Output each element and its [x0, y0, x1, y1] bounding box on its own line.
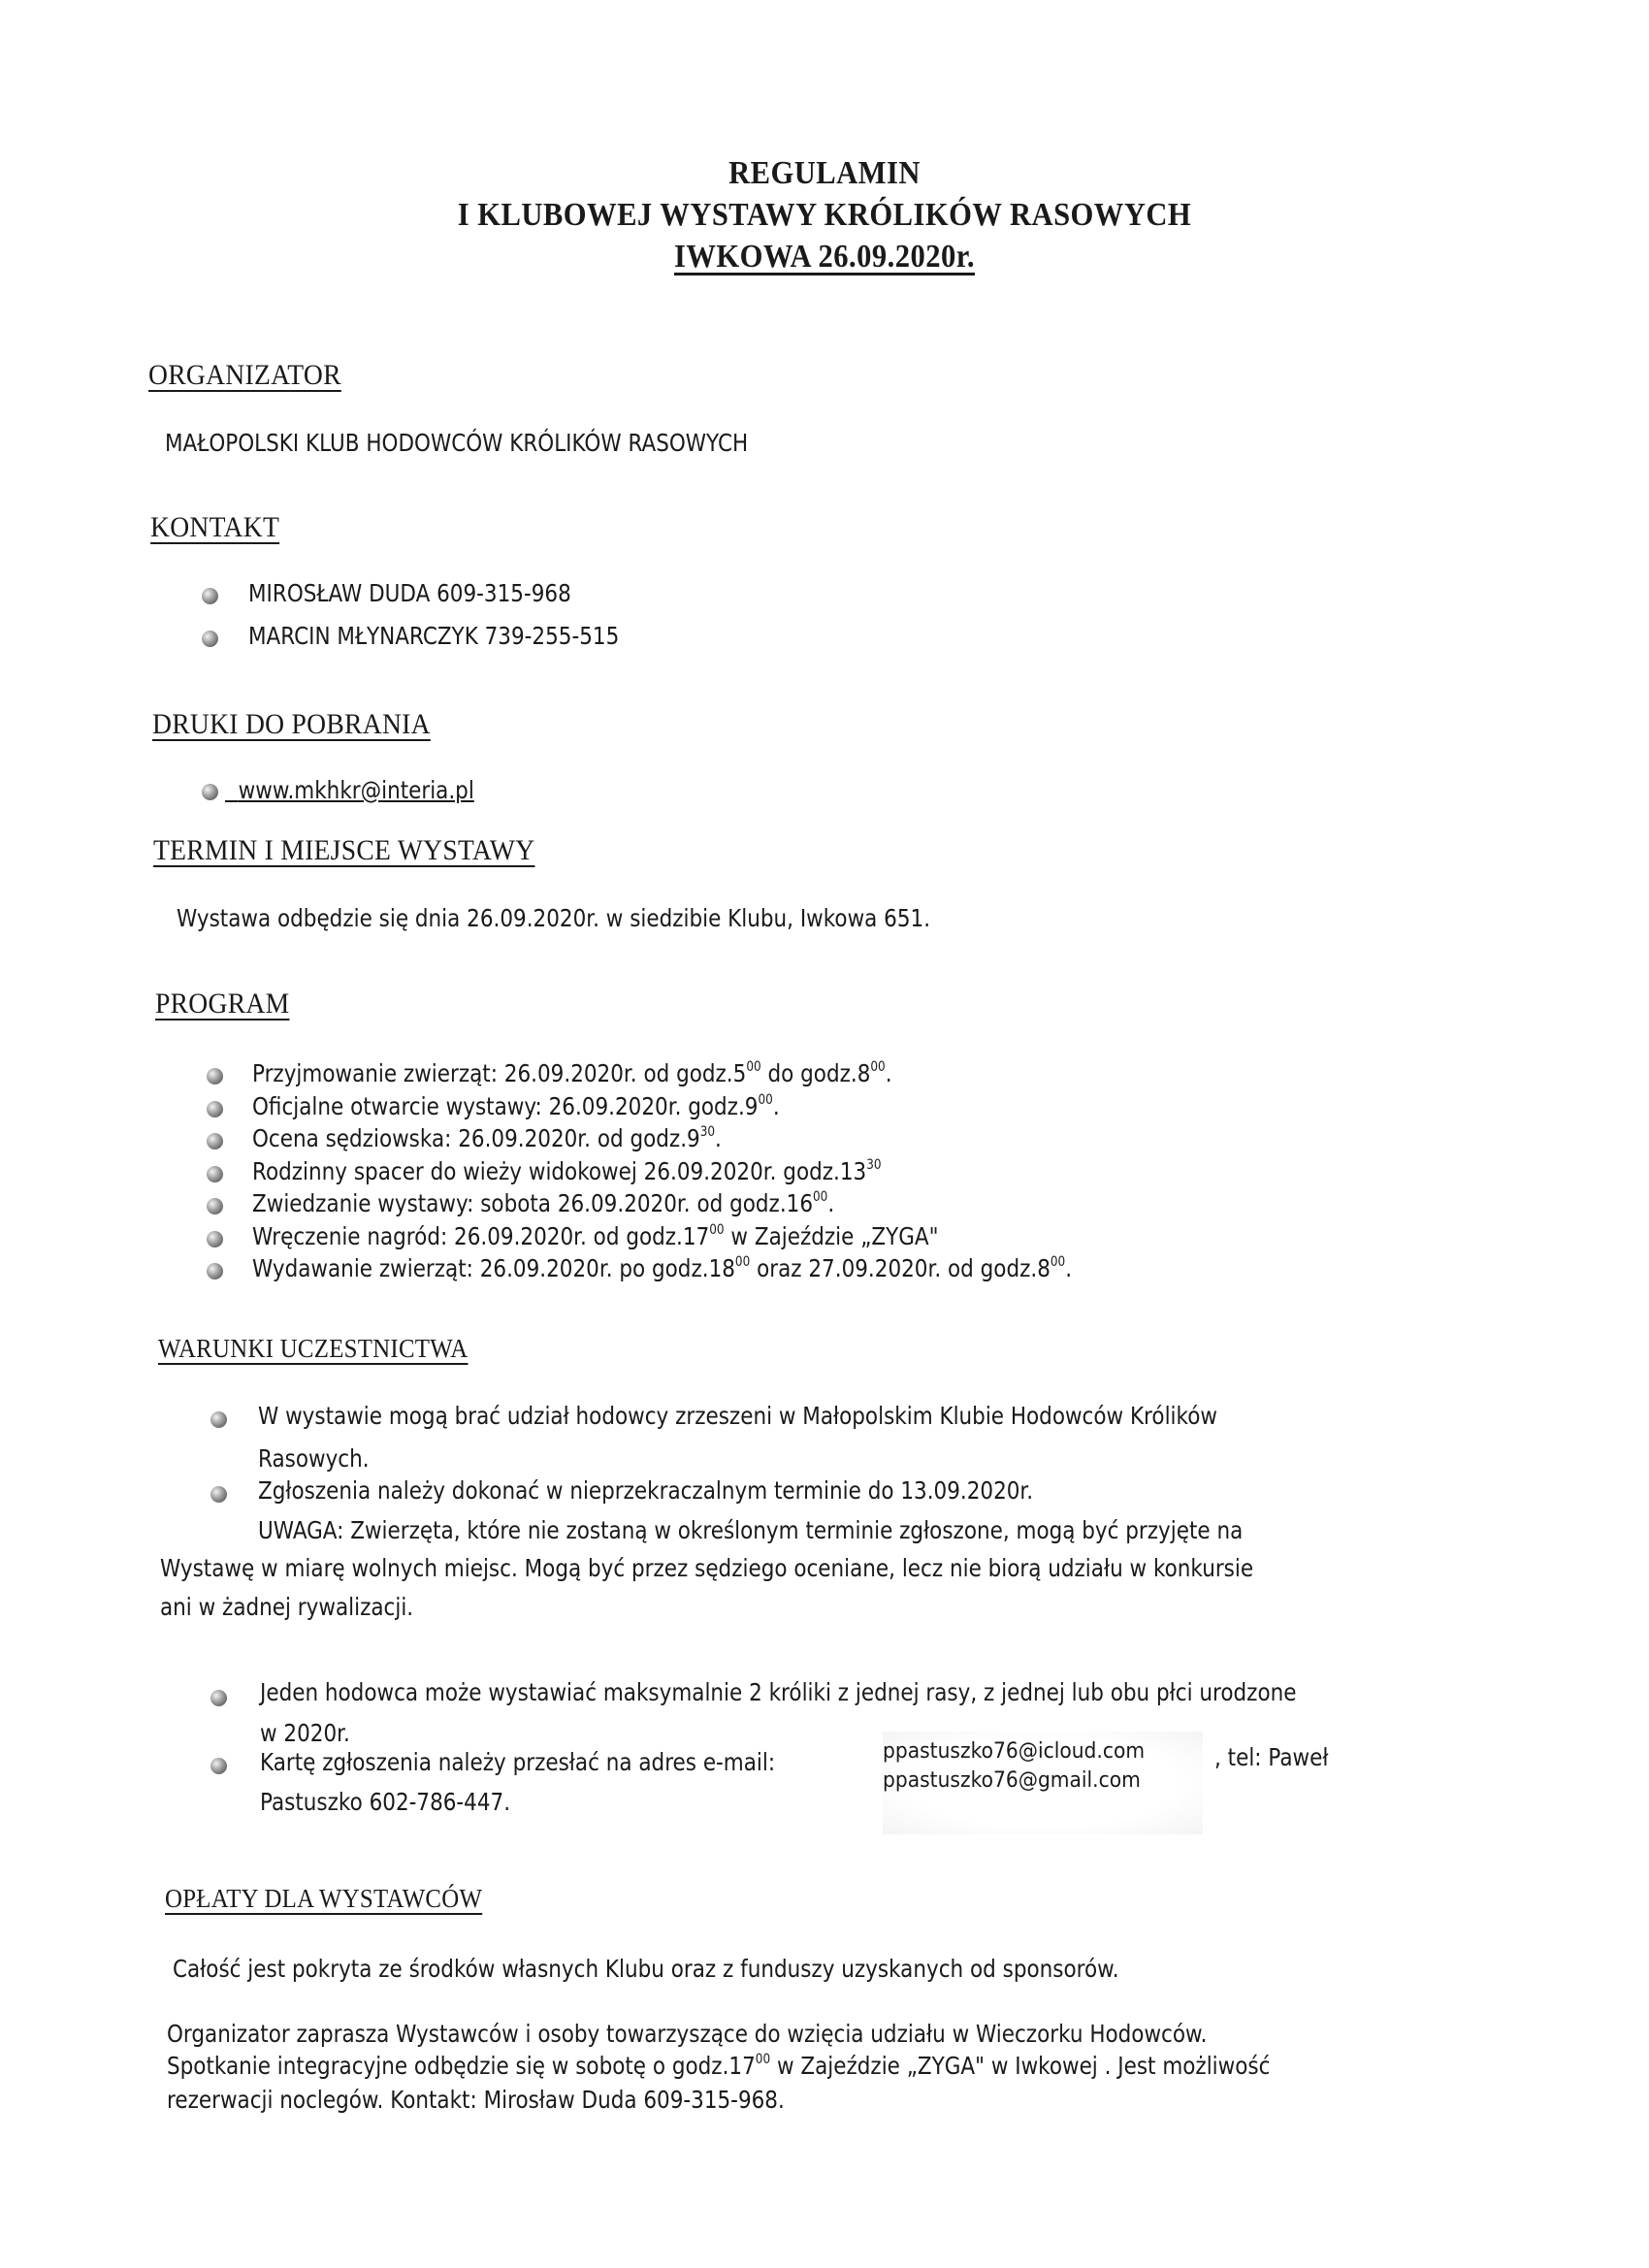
title-line-1: REGULAMIN [82, 155, 1567, 192]
bullet-icon [207, 1231, 223, 1247]
contact-item: MIROSŁAW DUDA 609-315-968 [248, 579, 571, 607]
heading-warunki: WARUNKI UCZESTNICTWA [158, 1334, 468, 1364]
title-line-2: I KLUBOWEJ WYSTAWY KRÓLIKÓW RASOWYCH [82, 197, 1567, 234]
bullet-icon [202, 784, 218, 800]
email-gmail[interactable]: ppastuszko76@gmail.com [883, 1766, 1178, 1796]
heading-program: PROGRAM [155, 988, 289, 1021]
uwaga-line-2: Wystawę w miarę wolnych miejsc. Mogą być… [160, 1554, 1253, 1582]
program-item: Ocena sędziowska: 26.09.2020r. od godz.9… [252, 1124, 722, 1152]
time-sup: 30 [700, 1124, 715, 1140]
organizer-name: MAŁOPOLSKI KLUB HODOWCÓW KRÓLIKÓW RASOWY… [165, 429, 748, 457]
program-item: Rodzinny spacer do wieży widokowej 26.09… [252, 1157, 882, 1185]
program-item: Oficjalne otwarcie wystawy: 26.09.2020r.… [252, 1092, 780, 1120]
bullet-icon [207, 1068, 223, 1085]
document-page: REGULAMIN I KLUBOWEJ WYSTAWY KRÓLIKÓW RA… [0, 0, 1649, 2268]
invitation-line-2a: Spotkanie integracyjne odbędzie się w so… [167, 2052, 756, 2080]
warunki-item-2: Zgłoszenia należy dokonać w nieprzekracz… [258, 1476, 1033, 1505]
bullet-icon [207, 1133, 223, 1150]
bullet-icon [210, 1486, 227, 1503]
invitation-line-1: Organizator zaprasza Wystawców i osoby t… [167, 2020, 1207, 2048]
warunki-item-3-line-2: w 2020r. [260, 1719, 350, 1747]
program-item: Wydawanie zwierząt: 26.09.2020r. po godz… [252, 1254, 1072, 1282]
program-item-text: Wręczenie nagród: 26.09.2020r. od godz.1… [252, 1222, 709, 1250]
heading-organizator: ORGANIZATOR [148, 359, 341, 392]
heading-termin: TERMIN I MIEJSCE WYSTAWY [153, 834, 534, 867]
oplaty-text: Całość jest pokryta ze środków własnych … [173, 1955, 1119, 1983]
time-sup: 00 [813, 1189, 827, 1205]
program-item: Przyjmowanie zwierząt: 26.09.2020r. od g… [252, 1059, 892, 1087]
termin-text: Wystawa odbędzie się dnia 26.09.2020r. w… [177, 904, 930, 932]
program-item-text: . [886, 1059, 892, 1087]
program-item-text: . [827, 1189, 834, 1217]
program-item-text: Zwiedzanie wystawy: sobota 26.09.2020r. … [252, 1189, 813, 1217]
contact-item: MARCIN MŁYNARCZYK 739-255-515 [248, 622, 619, 650]
time-sup: 00 [756, 2052, 770, 2067]
bullet-icon [202, 588, 218, 604]
heading-kontakt: KONTAKT [150, 511, 279, 544]
program-item-text: Wydawanie zwierząt: 26.09.2020r. po godz… [252, 1254, 735, 1282]
program-item-text: . [715, 1124, 722, 1152]
warunki-item-3-line-1: Jeden hodowca może wystawiać maksymalnie… [260, 1678, 1296, 1706]
program-item-text: Ocena sędziowska: 26.09.2020r. od godz.9 [252, 1124, 700, 1152]
heading-oplaty: OPŁATY DLA WYSTAWCÓW [165, 1884, 482, 1914]
email-icloud[interactable]: ppastuszko76@icloud.com [883, 1737, 1178, 1766]
program-item-text: Rodzinny spacer do wieży widokowej 26.09… [252, 1157, 866, 1185]
title-line-3: IWKOWA 26.09.2020r. [82, 239, 1567, 275]
bullet-icon [202, 631, 218, 647]
heading-druki: DRUKI DO POBRANIA [152, 708, 431, 741]
program-item-text: . [773, 1092, 780, 1120]
program-item-text: do godz.8 [761, 1059, 871, 1087]
email-box: ppastuszko76@icloud.com ppastuszko76@gma… [883, 1732, 1203, 1834]
time-sup: 00 [735, 1254, 750, 1270]
bullet-icon [210, 1758, 227, 1774]
invitation-line-2: Spotkanie integracyjne odbędzie się w so… [167, 2052, 1270, 2080]
time-sup: 00 [746, 1059, 760, 1075]
program-item: Wręczenie nagród: 26.09.2020r. od godz.1… [252, 1222, 938, 1250]
download-link-text[interactable]: www.mkhkr@interia.pl [239, 776, 474, 804]
download-link[interactable]: www.mkhkr@interia.pl [225, 776, 474, 804]
time-sup: 00 [1051, 1254, 1065, 1270]
warunki-item-1-line-1: W wystawie mogą brać udział hodowcy zrze… [258, 1402, 1217, 1430]
time-sup: 00 [870, 1059, 885, 1075]
bullet-icon [210, 1690, 227, 1706]
bullet-icon [210, 1411, 227, 1428]
warunki-item-4-prefix: Kartę zgłoszenia należy przesłać na adre… [260, 1748, 775, 1776]
program-item-text: oraz 27.09.2020r. od godz.8 [750, 1254, 1051, 1282]
program-item-text: w Zajeździe „ZYGA" [725, 1222, 939, 1250]
uwaga-line-3: ani w żadnej rywalizacji. [160, 1593, 413, 1621]
program-item-text: Przyjmowanie zwierząt: 26.09.2020r. od g… [252, 1059, 746, 1087]
time-sup: 00 [758, 1092, 772, 1108]
invitation-line-2b: w Zajeździe „ZYGA" w Iwkowej . Jest możl… [770, 2052, 1270, 2080]
warunki-item-1-line-2: Rasowych. [258, 1444, 370, 1473]
bullet-icon [207, 1101, 223, 1118]
bullet-icon [207, 1198, 223, 1215]
program-item: Zwiedzanie wystawy: sobota 26.09.2020r. … [252, 1189, 834, 1217]
time-sup: 00 [709, 1222, 724, 1238]
bullet-icon [207, 1263, 223, 1280]
warunki-item-4-line-2: Pastuszko 602-786-447. [260, 1788, 510, 1816]
title-date: IWKOWA 26.09.2020r. [674, 239, 975, 275]
bullet-icon [207, 1166, 223, 1183]
invitation-line-3: rezerwacji noclegów. Kontakt: Mirosław D… [167, 2086, 785, 2114]
warunki-item-4-suffix: , tel: Paweł [1214, 1743, 1328, 1771]
uwaga-line-1: UWAGA: Zwierzęta, które nie zostaną w ok… [258, 1516, 1243, 1544]
program-item-text: Oficjalne otwarcie wystawy: 26.09.2020r.… [252, 1092, 758, 1120]
time-sup: 30 [866, 1157, 881, 1173]
program-item-text: . [1065, 1254, 1072, 1282]
